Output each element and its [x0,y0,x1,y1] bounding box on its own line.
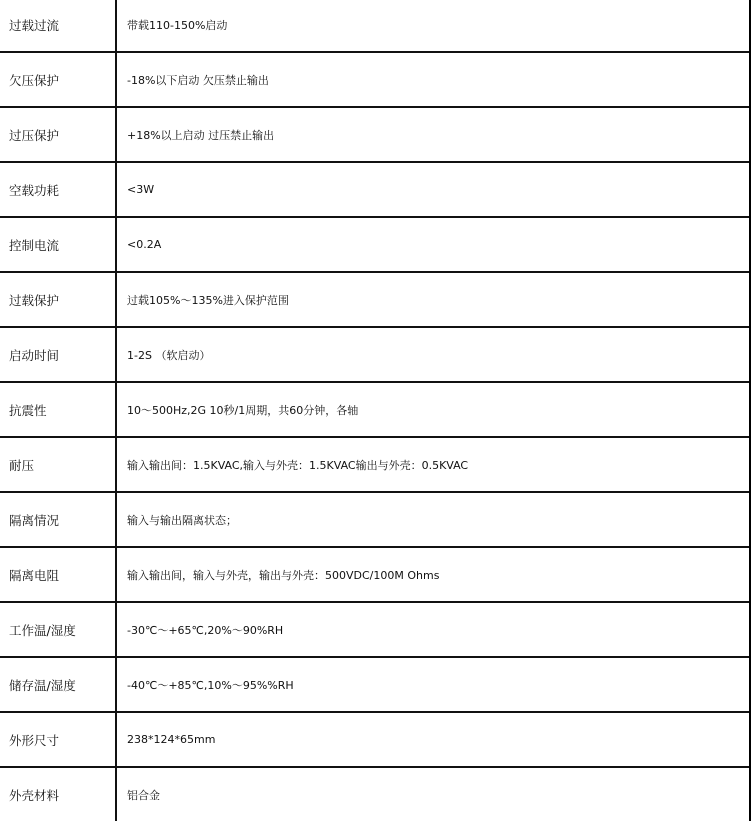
table-row: 工作温/湿度-30℃～+65℃,20%～90%RH [0,603,749,658]
row-value: -18%以下启动 欠压禁止输出 [117,53,749,106]
row-value: 238*124*65mm [117,713,749,766]
row-label: 储存温/湿度 [0,658,117,711]
row-label: 外形尺寸 [0,713,117,766]
table-row: 耐压输入输出间：1.5KVAC,输入与外壳：1.5KVAC输出与外壳：0.5KV… [0,438,749,493]
row-value: 输入输出间：1.5KVAC,输入与外壳：1.5KVAC输出与外壳：0.5KVAC [117,438,749,491]
row-label: 空载功耗 [0,163,117,216]
table-row: 空载功耗<3W [0,163,749,218]
row-value: -30℃～+65℃,20%～90%RH [117,603,749,656]
row-label: 隔离情况 [0,493,117,546]
row-label: 外壳材料 [0,768,117,821]
row-label: 过压保护 [0,108,117,161]
table-row: 外形尺寸238*124*65mm [0,713,749,768]
table-row: 过压保护+18%以上启动 过压禁止输出 [0,108,749,163]
row-label: 过载过流 [0,0,117,51]
table-row: 抗震性10～500Hz,2G 10秒/1周期，共60分钟，各轴 [0,383,749,438]
table-row: 欠压保护-18%以下启动 欠压禁止输出 [0,53,749,108]
row-label: 欠压保护 [0,53,117,106]
row-value: 过载105%～135%进入保护范围 [117,273,749,326]
table-row: 控制电流<0.2A [0,218,749,273]
table-row: 隔离情况输入与输出隔离状态； [0,493,749,548]
table-row: 隔离电阻输入输出间，输入与外壳，输出与外壳：500VDC/100M Ohms [0,548,749,603]
table-row: 外壳材料铝合金 [0,768,749,821]
row-label: 工作温/湿度 [0,603,117,656]
row-label: 抗震性 [0,383,117,436]
row-label: 控制电流 [0,218,117,271]
row-label: 耐压 [0,438,117,491]
row-label: 启动时间 [0,328,117,381]
row-label: 过载保护 [0,273,117,326]
table-row: 过载过流带载110-150%启动 [0,0,749,53]
row-value: +18%以上启动 过压禁止输出 [117,108,749,161]
row-value: 输入与输出隔离状态； [117,493,749,546]
row-value: 铝合金 [117,768,749,821]
table-row: 启动时间1-2S （软启动） [0,328,749,383]
row-value: 1-2S （软启动） [117,328,749,381]
row-value: <0.2A [117,218,749,271]
row-value: 10～500Hz,2G 10秒/1周期，共60分钟，各轴 [117,383,749,436]
row-value: <3W [117,163,749,216]
table-row: 储存温/湿度-40℃～+85℃,10%～95%%RH [0,658,749,713]
table-row: 过载保护过载105%～135%进入保护范围 [0,273,749,328]
row-value: -40℃～+85℃,10%～95%%RH [117,658,749,711]
spec-table: 过载过流带载110-150%启动 欠压保护-18%以下启动 欠压禁止输出 过压保… [0,0,751,821]
row-value: 输入输出间，输入与外壳，输出与外壳：500VDC/100M Ohms [117,548,749,601]
row-label: 隔离电阻 [0,548,117,601]
row-value: 带载110-150%启动 [117,0,749,51]
